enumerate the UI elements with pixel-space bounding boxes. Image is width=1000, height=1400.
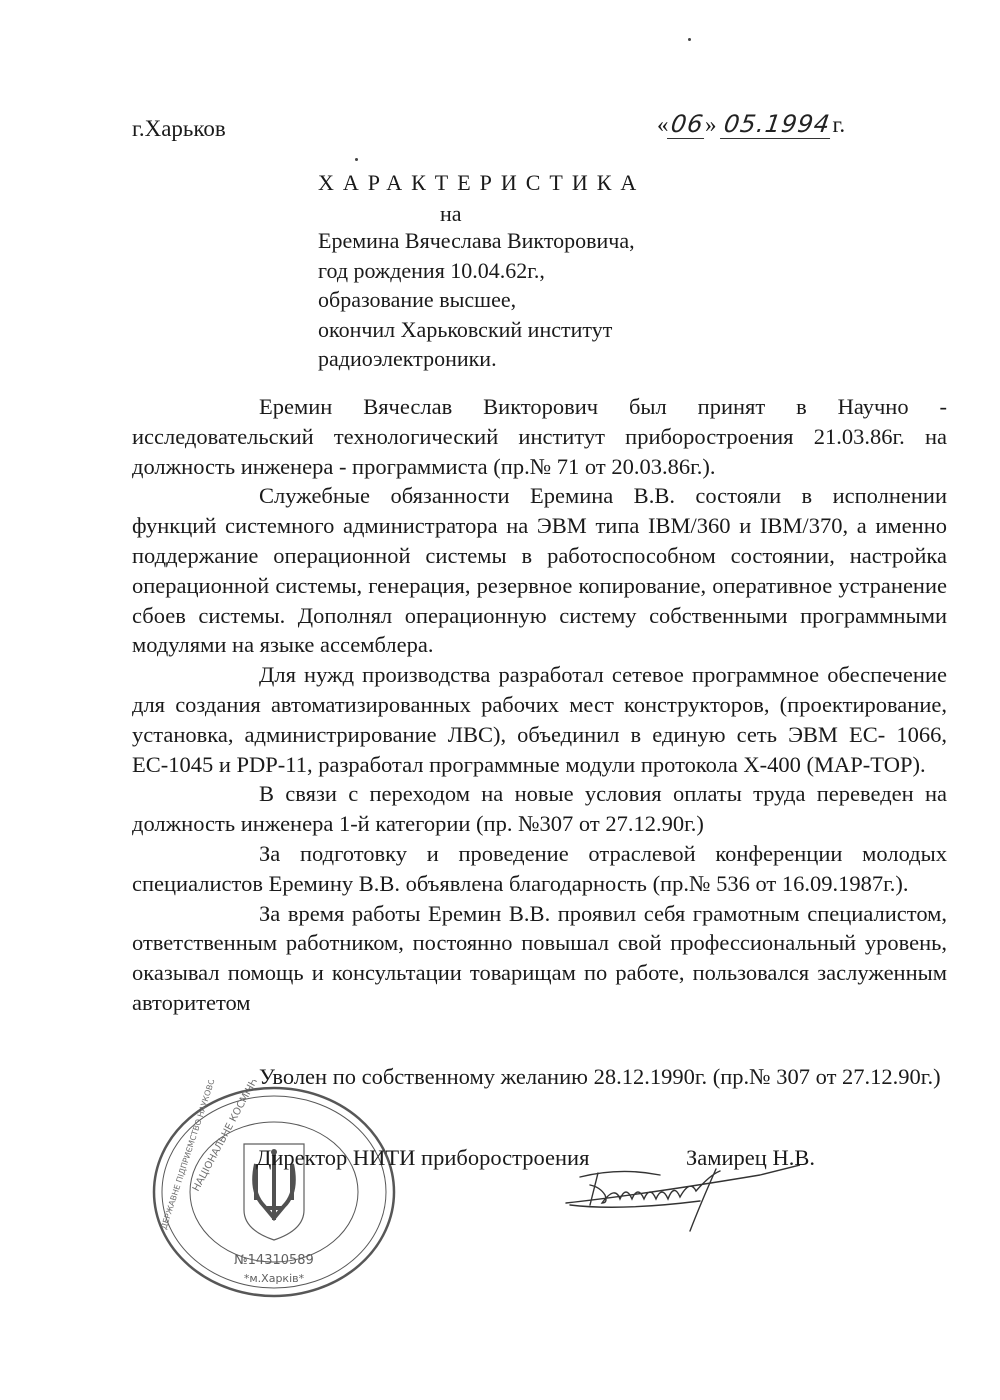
stamp-city: *м.Харків*: [244, 1272, 305, 1285]
document-body: Еремин Вячеслав Викторович был принят в …: [132, 392, 947, 1018]
paragraph-promotion: В связи с переходом на новые условия опл…: [132, 779, 947, 839]
paragraph-hiring: Еремин Вячеслав Викторович был принят в …: [132, 392, 947, 481]
scan-speck: [688, 38, 691, 41]
date-suffix: г.: [833, 112, 846, 137]
subject-education: образование высшее,: [318, 285, 635, 315]
handwritten-signature: [560, 1165, 800, 1235]
subject-name: Еремина Вячеслава Викторовича,: [318, 226, 635, 256]
paragraph-network-work: Для нужд производства разработал сетевое…: [132, 660, 947, 779]
subject-institute: радиоэлектроники.: [318, 344, 635, 374]
subject-details: Еремина Вячеслава Викторовича, год рожде…: [318, 226, 635, 374]
scan-speck: [355, 158, 358, 161]
paragraph-duties: Служебные обязанности Еремина В.В. состо…: [132, 481, 947, 660]
subject-birth-date: год рождения 10.04.62г.,: [318, 256, 635, 286]
document-date: «06» 05.1994г.: [657, 110, 845, 139]
official-stamp: №14310589 *м.Харків* НАЦІОНАЛЬНЕ КОСМІЧН…: [146, 1080, 402, 1298]
signatory-position: Директор НИТИ приборостроения: [256, 1145, 589, 1171]
paragraph-award: За подготовку и проведение отраслевой ко…: [132, 839, 947, 899]
subject-graduated: окончил Харьковский институт: [318, 315, 635, 345]
date-day: 06: [666, 110, 707, 139]
date-month-year: 05.1994: [720, 110, 834, 139]
stamp-code: №14310589: [234, 1253, 314, 1268]
title-preposition: на: [440, 201, 462, 227]
document-title: ХАРАКТЕРИСТИКА: [318, 170, 645, 196]
city-label: г.Харьков: [132, 116, 226, 142]
paragraph-assessment: За время работы Еремин В.В. проявил себя…: [132, 899, 947, 1018]
